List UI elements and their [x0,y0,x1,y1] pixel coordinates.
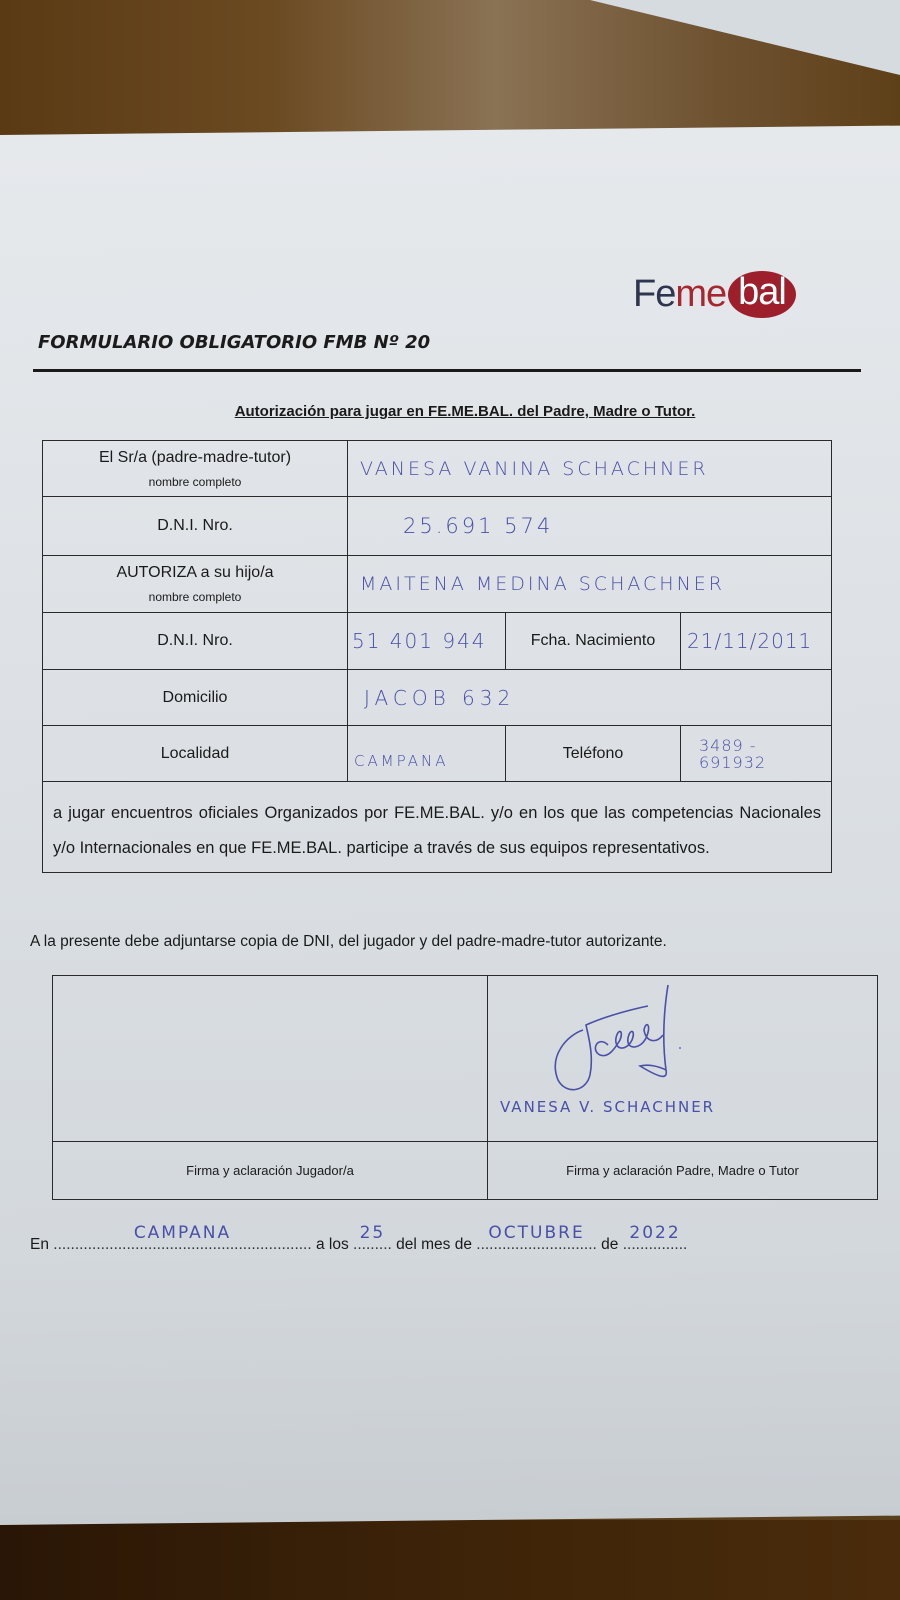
phone-field[interactable]: 3489 - 691932 [681,726,831,781]
child-label-cell: AUTORIZA a su hijo/a nombre completo [43,556,348,612]
form-title: FORMULARIO OBLIGATORIO FMB Nº 20 [38,332,430,353]
city-field[interactable]: CAMPANA [348,726,506,781]
phone-label: Teléfono [506,726,681,781]
logo-text-fe: Fe [633,273,675,316]
form-subtitle: Autorización para jugar en FE.ME.BAL. de… [0,403,900,420]
authorization-table: El Sr/a (padre-madre-tutor) nombre compl… [42,440,832,873]
month-label: del mes de [396,1236,472,1253]
signature-table: VANESA V. SCHACHNER Firma y aclaración J… [52,975,878,1200]
guardian-dni-label: D.N.I. Nro. [43,497,348,555]
year-label: de [601,1236,618,1253]
child-name-row: AUTORIZA a su hijo/a nombre completo MAI… [43,556,831,613]
address-field[interactable]: JACOB 632 [348,670,831,725]
guardian-sublabel: nombre completo [149,475,242,489]
child-label: AUTORIZA a su hijo/a [116,564,273,582]
player-signature-box[interactable] [53,976,488,1141]
place-field[interactable]: ........................................… [53,1236,311,1253]
year-value: 2022 [623,1223,688,1243]
guardian-dni-field[interactable]: 25.691 574 [348,497,831,555]
title-divider [33,369,861,372]
a-los-label: a los [316,1236,349,1253]
authorization-text: a jugar encuentros oficiales Organizados… [43,782,831,872]
day-value: 25 [353,1223,392,1243]
guardian-label: El Sr/a (padre-madre-tutor) [99,449,291,467]
guardian-dni-row: D.N.I. Nro. 25.691 574 [43,497,831,556]
place-date-line: En .....................................… [30,1236,850,1254]
en-label: En [30,1236,49,1253]
city-label: Localidad [43,726,348,781]
year-field[interactable]: ...............2022 [623,1236,688,1253]
guardian-label-cell: El Sr/a (padre-madre-tutor) nombre compl… [43,441,348,496]
address-row: Domicilio JACOB 632 [43,670,831,726]
month-field[interactable]: ............................OCTUBRE [476,1236,597,1253]
guardian-printed-name: VANESA V. SCHACHNER [500,1098,715,1116]
child-dni-label: D.N.I. Nro. [43,613,348,669]
child-sublabel: nombre completo [149,590,242,604]
guardian-name-row: El Sr/a (padre-madre-tutor) nombre compl… [43,441,831,497]
month-value: OCTUBRE [476,1223,597,1243]
birth-date-field[interactable]: 21/11/2011 [681,613,831,669]
child-name-field[interactable]: MAITENA MEDINA SCHACHNER [348,556,831,612]
phone-line-1: 3489 - [699,737,757,754]
attachment-note: A la presente debe adjuntarse copia de D… [30,933,667,951]
authorization-text-row: a jugar encuentros oficiales Organizados… [43,782,831,872]
guardian-signature-caption: Firma y aclaración Padre, Madre o Tutor [488,1142,877,1199]
child-dni-row: D.N.I. Nro. 51 401 944 Fcha. Nacimiento … [43,613,831,670]
place-value: CAMPANA [53,1223,311,1243]
address-label: Domicilio [43,670,348,725]
logo-text-me: me [675,273,726,316]
handwritten-signature [528,980,728,1100]
logo-text-bal: bal [728,271,796,318]
phone-line-2: 691932 [699,754,766,771]
femebal-logo: Fe me bal [633,272,796,316]
day-field[interactable]: .........25 [353,1236,392,1253]
guardian-name-field[interactable]: VANESA VANINA SCHACHNER [348,441,831,496]
child-dni-field[interactable]: 51 401 944 [348,613,506,669]
birth-date-label: Fcha. Nacimiento [506,613,681,669]
player-signature-caption: Firma y aclaración Jugador/a [53,1142,488,1199]
guardian-signature-box[interactable]: VANESA V. SCHACHNER [488,976,877,1141]
city-phone-row: Localidad CAMPANA Teléfono 3489 - 691932 [43,726,831,782]
form-document: Fe me bal FORMULARIO OBLIGATORIO FMB Nº … [0,0,900,1600]
